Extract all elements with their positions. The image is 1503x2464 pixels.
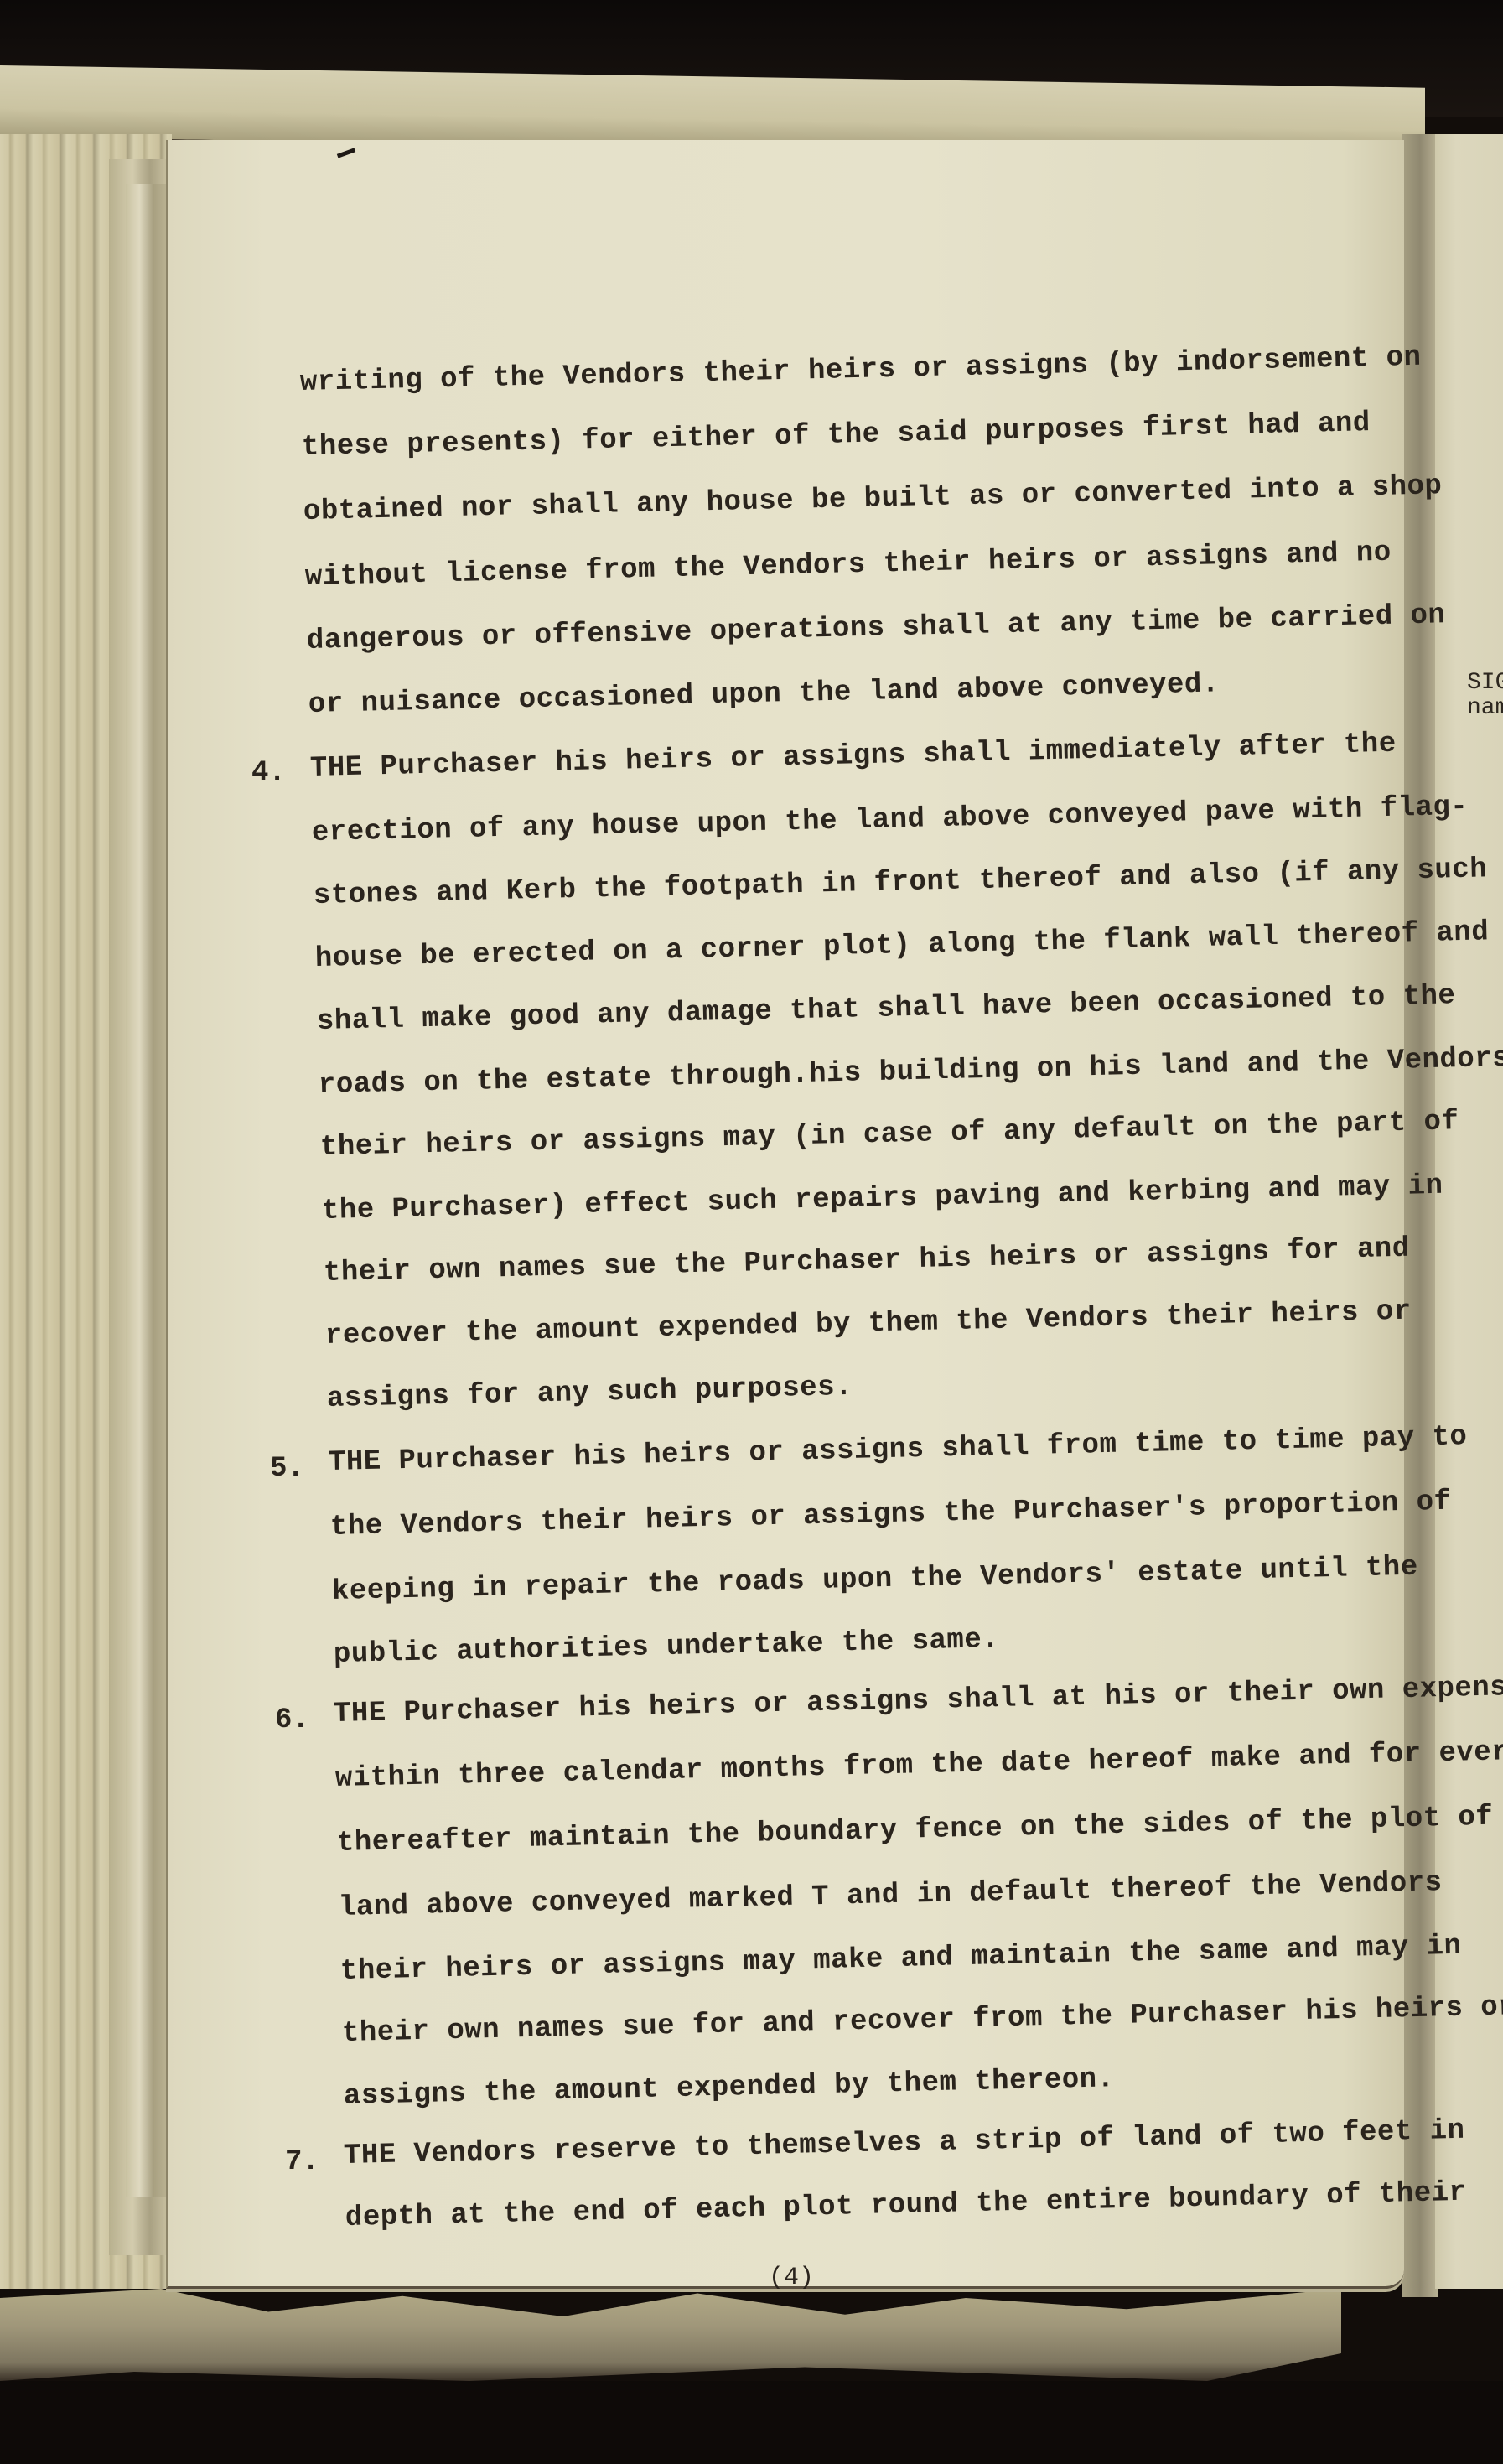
text-line: THE Vendors reserve to themselves a stri… (344, 2115, 1465, 2172)
clause-number: 6. (275, 1704, 309, 1736)
text-line: THE Purchaser his heirs or assigns shall… (310, 729, 1397, 785)
text-line: within three calendar months from the da… (335, 1736, 1503, 1795)
clause-number: 5. (270, 1453, 304, 1485)
clause-number: 7. (285, 2146, 319, 2178)
text-line: their own names sue for and recover from… (342, 1991, 1503, 2050)
text-line: their heirs or assigns may make and main… (340, 1931, 1462, 1988)
text-line: obtained nor shall any house be built as… (303, 470, 1443, 528)
text-line: dangerous or offensive operations shall … (307, 599, 1446, 657)
text-line: their heirs or assigns may (in case of a… (320, 1106, 1459, 1164)
text-line: recover the amount expended by them the … (325, 1296, 1412, 1352)
text-line: their own names sue the Purchaser his he… (324, 1233, 1411, 1289)
text-line: without license from the Vendors their h… (305, 537, 1392, 594)
text-line: these presents) for either of the said p… (302, 407, 1371, 464)
clause-number: 4. (251, 757, 286, 789)
text-line: shall make good any damage that shall ha… (317, 980, 1456, 1038)
text-line: roads on the estate through.his building… (319, 1043, 1503, 1102)
text-line: depth at the end of each plot round the … (345, 2177, 1467, 2234)
text-line: thereafter maintain the boundary fence o… (337, 1802, 1494, 1860)
text-line: stones and Kerb the footpath in front th… (314, 853, 1488, 912)
text-line: land above conveyed marked T and in defa… (339, 1867, 1443, 1924)
text-line: THE Purchaser his heirs or assigns shall… (329, 1421, 1468, 1479)
text-line: erection of any house upon the land abov… (312, 791, 1469, 849)
text-line: assigns the amount expended by them ther… (344, 2063, 1115, 2113)
text-line: keeping in repair the roads upon the Ven… (332, 1552, 1419, 1608)
text-line: THE Purchaser his heirs or assigns shall… (334, 1672, 1503, 1730)
text-line: the Purchaser) effect such repairs pavin… (322, 1170, 1443, 1227)
text-line: assigns for any such purposes. (327, 1372, 853, 1415)
text-line: public authorities undertake the same. (334, 1624, 1000, 1671)
text-line: writing of the Vendors their heirs or as… (300, 342, 1422, 399)
text-line: the Vendors their heirs or assigns the P… (330, 1486, 1452, 1543)
page-number: (4) (769, 2264, 814, 2292)
text-line: house be erected on a corner plot) along… (315, 916, 1490, 975)
document-text: writing of the Vendors their heirs or as… (0, 0, 1503, 2464)
text-line: or nuisance occasioned upon the land abo… (308, 668, 1221, 721)
